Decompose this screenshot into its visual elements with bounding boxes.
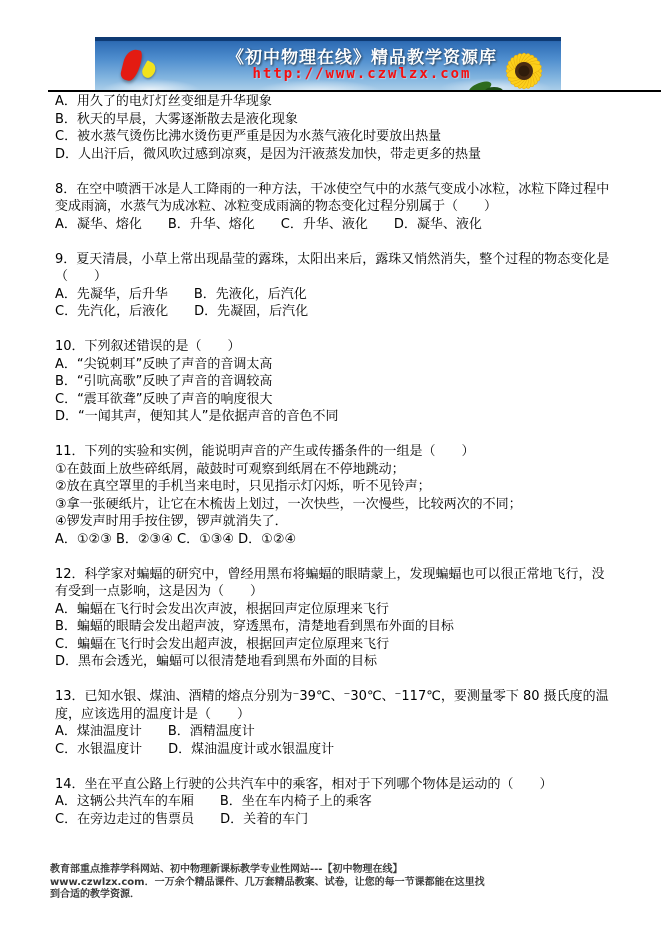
options-line: A．①②③ B．②③④ C．①③④ D．①②④ — [55, 531, 613, 549]
question-13-block: 13．已知水银、煤油、酒精的熔点分别为⁻39℃、⁻30℃、⁻117℃，要测量零下… — [55, 688, 613, 758]
option-line: B．“引吭高歌”反映了声音的音调较高 — [55, 373, 613, 391]
question-12-block: 12．科学家对蝙蝠的研究中，曾经用黑布将蝙蝠的眼睛蒙上，发现蝙蝠也可以很正常地飞… — [55, 566, 613, 671]
numbered-item-line: ②放在真空罩里的手机当来电时，只见指示灯闪烁，听不见铃声； — [55, 478, 613, 496]
option-line: A．“尖锐刺耳”反映了声音的音调太高 — [55, 356, 613, 374]
header-banner: 《初中物理在线》精品教学资源库 http://www.czwlzx.com — [95, 37, 561, 90]
header-divider — [48, 90, 661, 92]
question-11-block: 11．下列的实验和实例，能说明声音的产生或传播条件的一组是（ ） ①在鼓面上放些… — [55, 443, 613, 548]
question-7-options-block: A．用久了的电灯灯丝变细是升华现象 B．秋天的早晨，大雾逐渐散去是液化现象 C．… — [55, 93, 613, 163]
options-line: C．在旁边走过的售票员 D．关着的车门 — [55, 811, 613, 829]
question-stem: 14．坐在平直公路上行驶的公共汽车中的乘客，相对于下列哪个物体是运动的（ ） — [55, 776, 613, 794]
footer-note: 教育部重点推荐学科网站、初中物理新课标教学专业性网站---【初中物理在线】www… — [50, 864, 490, 902]
flame-red-shape — [119, 47, 143, 82]
option-line: C．“震耳欲聋”反映了声音的响度很大 — [55, 391, 613, 409]
question-10-block: 10．下列叙述错误的是（ ） A．“尖锐刺耳”反映了声音的音调太高 B．“引吭高… — [55, 338, 613, 426]
question-stem: 8．在空中喷洒干冰是人工降雨的一种方法，干冰使空气中的水蒸气变成小冰粒，冰粒下降… — [55, 181, 613, 216]
sunflower-icon — [466, 41, 561, 90]
flame-logo-icon — [117, 47, 167, 85]
options-line: C．先汽化，后液化 D．先凝固，后汽化 — [55, 303, 613, 321]
flame-yellow-shape — [140, 60, 158, 80]
question-14-block: 14．坐在平直公路上行驶的公共汽车中的乘客，相对于下列哪个物体是运动的（ ） A… — [55, 776, 613, 829]
question-8-block: 8．在空中喷洒干冰是人工降雨的一种方法，干冰使空气中的水蒸气变成小冰粒，冰粒下降… — [55, 181, 613, 234]
question-stem: 9．夏天清晨，小草上常出现晶莹的露珠，太阳出来后，露珠又悄然消失，整个过程的物态… — [55, 251, 613, 286]
question-9-block: 9．夏天清晨，小草上常出现晶莹的露珠，太阳出来后，露珠又悄然消失，整个过程的物态… — [55, 251, 613, 321]
option-line: D．黑布会透光，蝙蝠可以很清楚地看到黑布外面的目标 — [55, 653, 613, 671]
question-stem: 13．已知水银、煤油、酒精的熔点分别为⁻39℃、⁻30℃、⁻117℃，要测量零下… — [55, 688, 613, 723]
option-line: B．蝙蝠的眼睛会发出超声波，穿透黑布，清楚地看到黑布外面的目标 — [55, 618, 613, 636]
options-line: A．先凝华，后升华 B．先液化，后汽化 — [55, 286, 613, 304]
option-line: B．秋天的早晨，大雾逐渐散去是液化现象 — [55, 111, 613, 129]
option-line: C．蝙蝠在飞行时会发出超声波，根据回声定位原理来飞行 — [55, 636, 613, 654]
footer-text: 教育部重点推荐学科网站、初中物理新课标教学专业性网站---【初中物理在线】www… — [50, 864, 490, 902]
question-stem: 12．科学家对蝙蝠的研究中，曾经用黑布将蝙蝠的眼睛蒙上，发现蝙蝠也可以很正常地飞… — [55, 566, 613, 601]
option-line: D．人出汗后，微风吹过感到凉爽，是因为汗液蒸发加快，带走更多的热量 — [55, 146, 613, 164]
question-stem: 10．下列叙述错误的是（ ） — [55, 338, 613, 356]
option-line: A．用久了的电灯灯丝变细是升华现象 — [55, 93, 613, 111]
options-line: C．水银温度计 D．煤油温度计或水银温度计 — [55, 741, 613, 759]
options-line: A．煤油温度计 B．酒精温度计 — [55, 723, 613, 741]
options-line: A．这辆公共汽车的车厢 B．坐在车内椅子上的乘客 — [55, 793, 613, 811]
option-line: A．蝙蝠在飞行时会发出次声波，根据回声定位原理来飞行 — [55, 601, 613, 619]
numbered-item-line: ①在鼓面上放些碎纸屑，敲鼓时可观察到纸屑在不停地跳动； — [55, 461, 613, 479]
question-list: A．用久了的电灯灯丝变细是升华现象 B．秋天的早晨，大雾逐渐散去是液化现象 C．… — [55, 93, 613, 846]
numbered-item-line: ③拿一张硬纸片，让它在木梳齿上划过，一次快些，一次慢些，比较两次的不同； — [55, 496, 613, 514]
options-line: A．凝华、熔化 B．升华、熔化 C．升华、液化 D．凝华、液化 — [55, 216, 613, 234]
numbered-item-line: ④锣发声时用手按住锣，锣声就消失了． — [55, 513, 613, 531]
option-line: C．被水蒸气烫伤比沸水烫伤更严重是因为水蒸气液化时要放出热量 — [55, 128, 613, 146]
option-line: D．“一闻其声，便知其人”是依据声音的音色不同 — [55, 408, 613, 426]
question-stem: 11．下列的实验和实例，能说明声音的产生或传播条件的一组是（ ） — [55, 443, 613, 461]
